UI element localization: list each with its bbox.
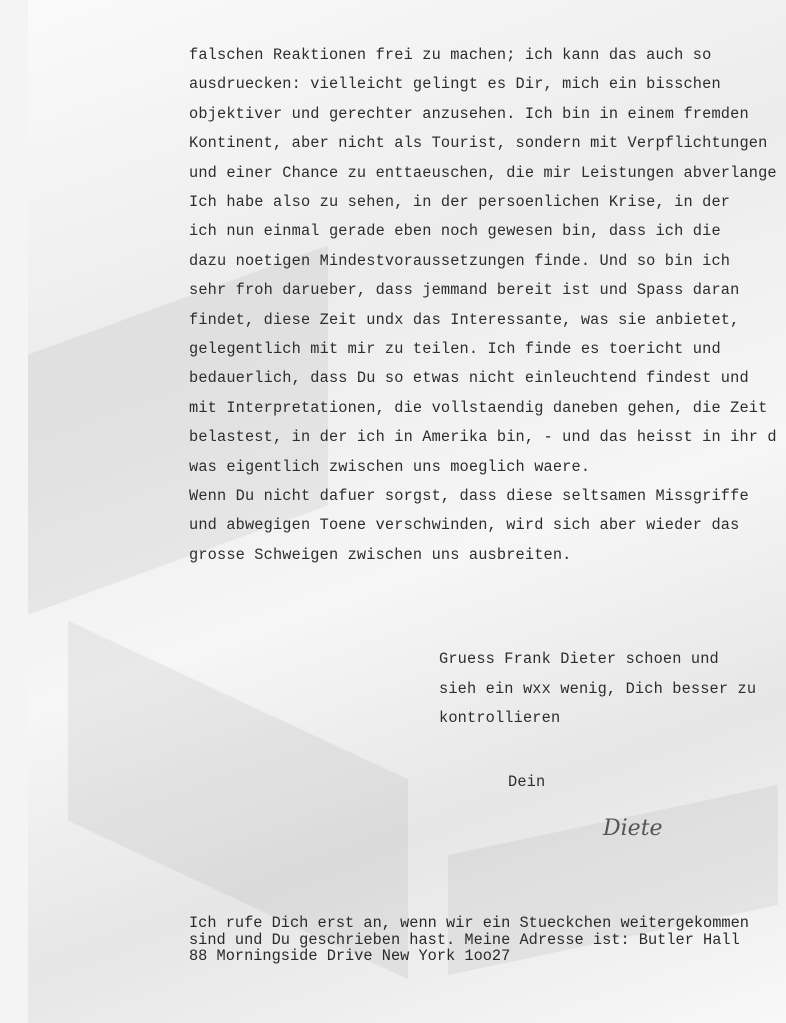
- text-line: und einer Chance zu enttaeuschen, die mi…: [189, 164, 777, 182]
- text-line: Ich habe also zu sehen, in der persoenli…: [189, 193, 730, 211]
- salutation: Dein: [508, 773, 545, 791]
- text-line: dazu noetigen Mindestvoraussetzungen fin…: [189, 252, 730, 270]
- text-line: 88 Morningside Drive New York 1oo27: [189, 948, 510, 964]
- text-line: Wenn Du nicht dafuer sorgst, dass diese …: [189, 487, 749, 505]
- text-line: falschen Reaktionen frei zu machen; ich …: [189, 46, 711, 64]
- text-line: ich nun einmal gerade eben noch gewesen …: [189, 222, 721, 240]
- text-line: findet, diese Zeit undx das Interessante…: [189, 311, 739, 329]
- text-line: Kontinent, aber nicht als Tourist, sonde…: [189, 134, 767, 152]
- text-line: sehr froh darueber, dass jemmand bereit …: [189, 281, 739, 299]
- text-line: grosse Schweigen zwischen uns ausbreiten…: [189, 546, 572, 564]
- text-line: sind und Du geschrieben hast. Meine Adre…: [189, 932, 740, 948]
- text-line: gelegentlich mit mir zu teilen. Ich find…: [189, 340, 721, 358]
- text-line: Gruess Frank Dieter schoen und: [439, 650, 719, 668]
- text-line: mit Interpretationen, die vollstaendig d…: [189, 399, 767, 417]
- text-line: bedauerlich, dass Du so etwas nicht einl…: [189, 369, 749, 387]
- handwritten-signature: Diete: [603, 816, 663, 841]
- text-line: belastest, in der ich in Amerika bin, - …: [189, 428, 777, 446]
- text-line: objektiver und gerechter anzusehen. Ich …: [189, 105, 749, 123]
- text-line: Ich rufe Dich erst an, wenn wir ein Stue…: [189, 915, 749, 931]
- text-line: was eigentlich zwischen uns moeglich wae…: [189, 458, 590, 476]
- text-line: sieh ein wxx wenig, Dich besser zu: [439, 680, 756, 698]
- letter-page: [28, 0, 786, 1023]
- text-line: und abwegigen Toene verschwinden, wird s…: [189, 516, 739, 534]
- text-line: kontrollieren: [439, 709, 560, 727]
- text-line: ausdruecken: vielleicht gelingt es Dir, …: [189, 75, 721, 93]
